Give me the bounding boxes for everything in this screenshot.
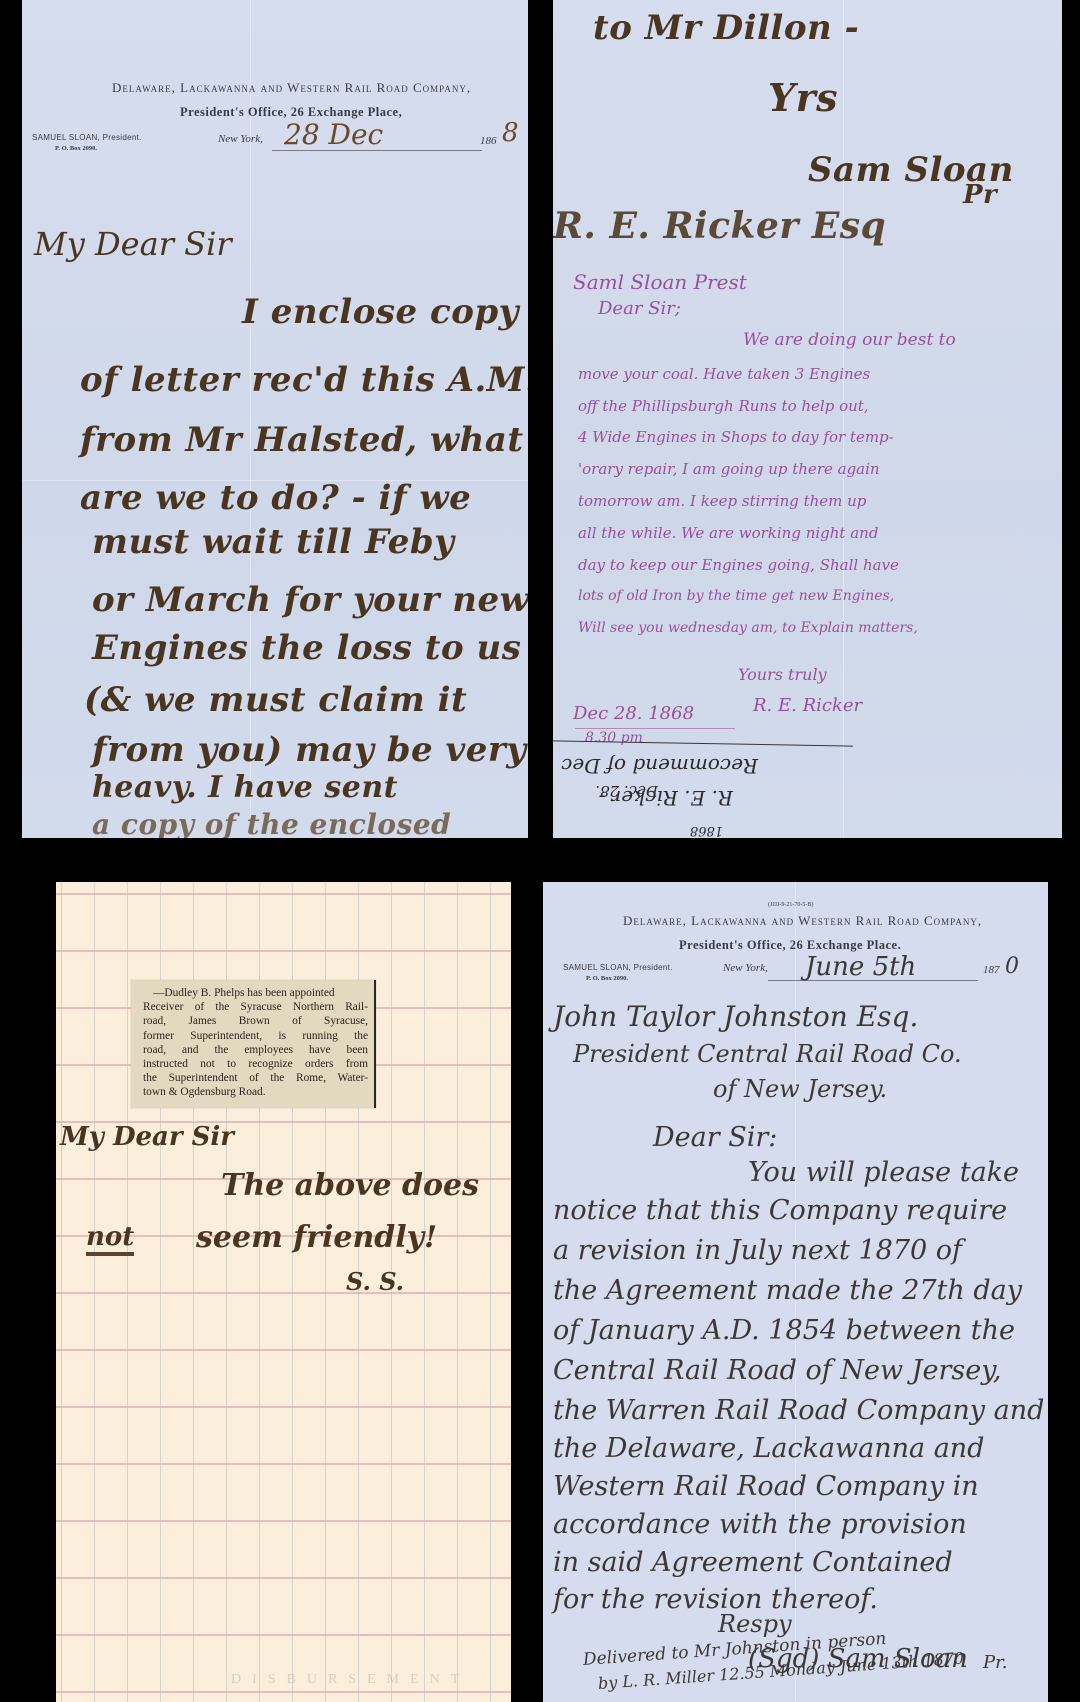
note-salutation: My Dear Sir: [60, 1122, 234, 1152]
body-line: heavy. I have sent: [92, 770, 398, 805]
docket-upside-down: Recommend of Dec R. E. Ricker - Dec. 28.…: [553, 745, 853, 838]
handwritten-year-digit: 0: [1005, 954, 1019, 979]
clipping-line: Receiver of the Syracuse Northern Rail-: [143, 1000, 368, 1014]
printed-year: 186: [480, 135, 497, 147]
body-line: or March for your new: [92, 580, 528, 620]
body-line: are we to do? - if we: [80, 478, 471, 518]
form-code: (JJJJ-9-21-70-5-B): [768, 902, 813, 908]
addressee-line: President Central Rail Road Co.: [573, 1040, 962, 1068]
body-line: from Mr Halsted, what: [80, 420, 524, 460]
letterhead-company: Delaware, Lackawanna and Western Rail Ro…: [112, 80, 471, 96]
body-line: Western Rail Road Company in: [553, 1471, 979, 1502]
continuation-line: to Mr Dillon -: [593, 8, 859, 48]
reply-line: Will see you wednesday am, to Explain ma…: [578, 620, 918, 636]
body-line: You will please take: [748, 1157, 1019, 1188]
body-line: accordance with the provision: [553, 1509, 967, 1540]
salutation: My Dear Sir: [34, 225, 232, 263]
letterhead-company: Delaware, Lackawanna and Western Rail Ro…: [623, 913, 982, 929]
handwritten-year-digit: 8: [502, 118, 519, 148]
clipping-line: —Dudley B. Phelps has been appointed: [143, 986, 368, 1000]
body-line: for the revision thereof.: [553, 1584, 878, 1615]
letter-1868-page-2: to Mr Dillon - Yrs Sam Sloan Pr R. E. Ri…: [553, 0, 1062, 838]
closing: Yrs: [768, 75, 838, 120]
reply-signature: R. E. Ricker: [753, 695, 862, 716]
docket-line: Recommend of Dec: [561, 754, 758, 778]
body-line: from you) may be very: [92, 730, 527, 770]
addressee-line: John Taylor Johnston Esq.: [553, 1000, 918, 1033]
docket-line: Dec. 28.: [595, 782, 658, 800]
handwritten-date: June 5th: [805, 952, 916, 982]
clipping-line: town & Ogdensburg Road.: [143, 1085, 368, 1099]
newspaper-clipping: —Dudley B. Phelps has been appointed Rec…: [131, 980, 376, 1108]
letterhead-po-box: P. O. Box 2090.: [586, 975, 628, 982]
reply-line: off the Phillipsburgh Runs to help out,: [578, 397, 869, 415]
letterhead-place: New York,: [218, 133, 263, 145]
letterhead-office: President's Office, 26 Exchange Place.: [679, 938, 901, 953]
body-line: in said Agreement Contained: [553, 1547, 953, 1578]
printed-year: 187: [983, 964, 1000, 976]
note-initials: S. S.: [346, 1267, 404, 1296]
date-rule: [575, 728, 735, 729]
clipping-line: former Superintendent, is running the: [143, 1029, 368, 1043]
reply-line: day to keep our Engines going, Shall hav…: [578, 556, 899, 574]
reply-line: move your coal. Have taken 3 Engines: [578, 365, 870, 383]
reply-heading: Saml Sloan Prest: [573, 270, 747, 294]
body-line: of January A.D. 1854 between the: [553, 1315, 1015, 1346]
body-line: (& we must claim it: [84, 680, 467, 720]
reply-line: all the while. We are working night and: [578, 524, 878, 542]
letter-1868-page-1: Delaware, Lackawanna and Western Rail Ro…: [22, 0, 528, 838]
addressee: R. E. Ricker Esq: [553, 205, 886, 247]
letterhead-po-box: P. O. Box 2090.: [55, 145, 97, 152]
body-line: Central Rail Road of New Jersey,: [553, 1355, 1001, 1386]
note-line: The above does: [221, 1168, 479, 1203]
body-line: a copy of the enclosed: [92, 808, 451, 838]
signature-suffix: Pr: [963, 180, 997, 210]
clipping-note-page: —Dudley B. Phelps has been appointed Rec…: [56, 882, 511, 1702]
reply-closing: Yours truly: [738, 665, 827, 684]
docket-line: 1868: [690, 823, 723, 838]
handwritten-date: 28 Dec: [284, 118, 383, 151]
reply-salutation: Dear Sir;: [598, 298, 681, 319]
reply-line: 4 Wide Engines in Shops to day for temp-: [578, 428, 894, 446]
body-line: I enclose copy: [242, 292, 519, 332]
body-line: a revision in July next 1870 of: [553, 1235, 962, 1266]
reply-line: We are doing our best to: [743, 330, 956, 350]
reply-line: 'orary repair, I am going up there again: [578, 460, 880, 478]
body-line: the Delaware, Lackawanna and: [553, 1433, 984, 1464]
reply-date: Dec 28. 1868: [573, 703, 694, 724]
salutation: Dear Sir:: [653, 1122, 777, 1153]
letterhead-president: SAMUEL SLOAN, President.: [563, 963, 673, 972]
reply-line: tomorrow am. I keep stirring them up: [578, 492, 866, 510]
note-line: seem friendly!: [196, 1220, 437, 1255]
clipping-line: road, and the employees have been: [143, 1043, 368, 1057]
reply-time: 8.30 pm: [585, 730, 643, 746]
clipping-line: instructed not to recognize orders from: [143, 1057, 368, 1071]
body-line: of letter rec'd this A.M.: [80, 360, 528, 400]
letter-1870: (JJJJ-9-21-70-5-B) Delaware, Lackawanna …: [543, 882, 1048, 1702]
letterhead-place: New York,: [723, 962, 768, 974]
pres-mark: Pr.: [983, 1652, 1007, 1673]
body-line: the Agreement made the 27th day: [553, 1275, 1022, 1306]
clipping-line: road, James Brown of Syracuse,: [143, 1014, 368, 1028]
body-line: must wait till Feby: [92, 522, 454, 562]
body-line: notice that this Company require: [553, 1195, 1007, 1226]
body-line: the Warren Rail Road Company and: [553, 1395, 1044, 1426]
note-underlined-word: not: [86, 1222, 134, 1256]
clipping-line: the Superintendent of the Rome, Water-: [143, 1071, 368, 1085]
closing: Respy: [718, 1610, 792, 1638]
letterhead-president: SAMUEL SLOAN, President.: [32, 133, 142, 142]
addressee-line: of New Jersey.: [713, 1075, 887, 1103]
body-line: Engines the loss to us: [92, 628, 521, 668]
reply-line: lots of old Iron by the time get new Eng…: [578, 588, 894, 604]
faint-printed-footer: DISBURSEMENT: [231, 1672, 470, 1688]
